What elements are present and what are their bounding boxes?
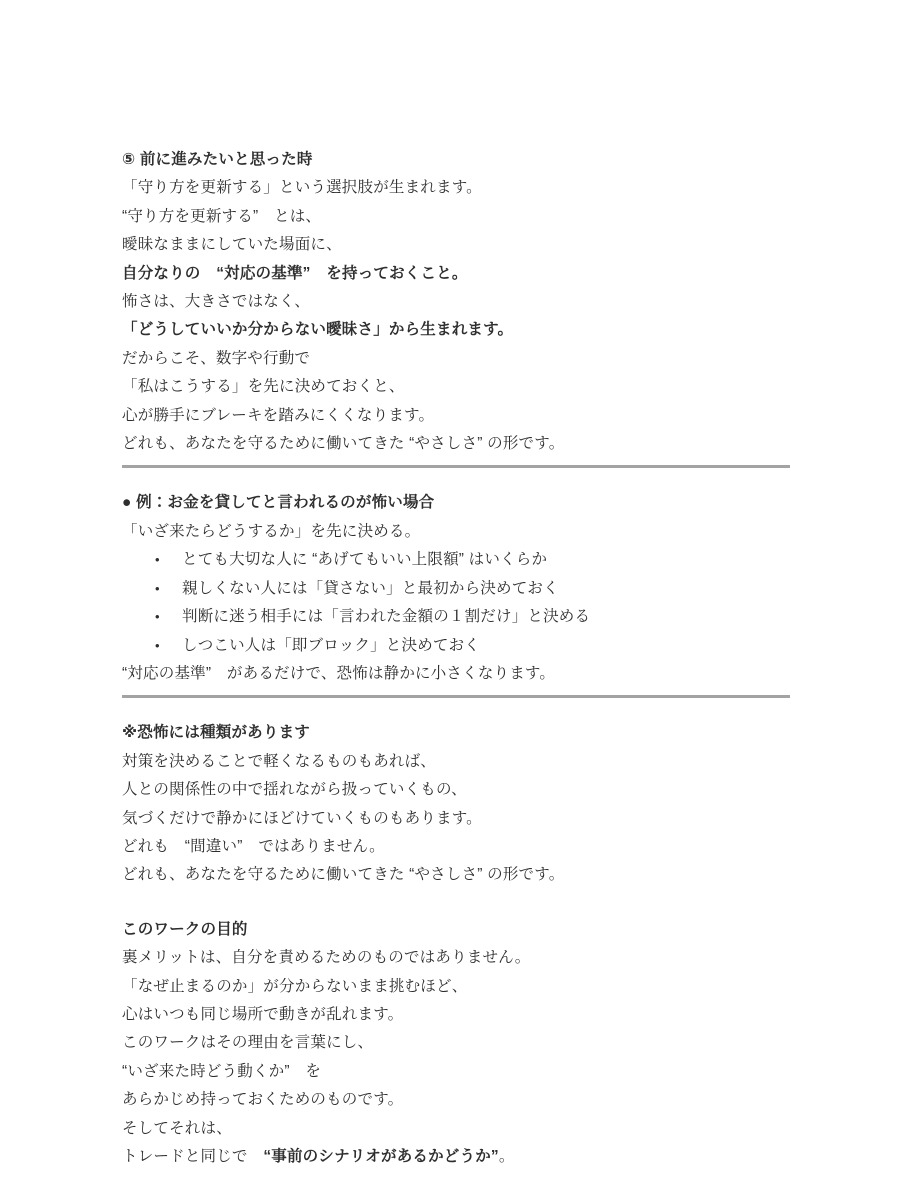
bullet-text: とても大切な人に “あげてもいい上限額” はいくらか (182, 546, 547, 574)
bullet-text: 判断に迷う相手には「言われた金額の１割だけ」と決める (182, 603, 590, 631)
paragraph-line: 怖さは、大きさではなく、 (122, 288, 790, 316)
paragraph-line: どれも、あなたを守るために働いてきた “やさしさ” の形です。 (122, 430, 790, 458)
paragraph-line: このワークはその理由を言葉にし、 (122, 1029, 790, 1057)
paragraph-line: 「なぜ止まるのか」が分からないまま挑むほど、 (122, 973, 790, 1001)
bullet-icon: • (155, 575, 182, 603)
closing-suffix: 。 (499, 1148, 515, 1165)
paragraph-line: “いざ来た時どう動くか” を (122, 1058, 790, 1086)
section-heading-work-purpose: このワークの目的 (122, 916, 790, 944)
closing-emphasis: “事前のシナリオがあるかどうか” (263, 1148, 499, 1165)
closing-line: トレードと同じで “事前のシナリオがあるかどうか”。 (122, 1143, 790, 1171)
paragraph-line: どれも “間違い” ではありません。 (122, 833, 790, 861)
paragraph-line: 曖昧なままにしていた場面に、 (122, 231, 790, 259)
bullet-icon: • (155, 632, 182, 660)
bullet-text: 親しくない人には「貸さない」と最初から決めておく (182, 575, 559, 603)
paragraph-line: 「私はこうする」を先に決めておくと、 (122, 373, 790, 401)
section-heading-moving-forward: ⑤ 前に進みたいと思った時 (122, 146, 790, 174)
paragraph-line: “対応の基準” があるだけで、恐怖は静かに小さくなります。 (122, 660, 790, 688)
paragraph-line-emphasis: 自分なりの “対応の基準” を持っておくこと。 (122, 260, 790, 288)
paragraph-line: 気づくだけで静かにほどけていくものもあります。 (122, 805, 790, 833)
paragraph-line: 対策を決めることで軽くなるものもあれば、 (122, 748, 790, 776)
bullet-icon: • (155, 546, 182, 574)
section-moving-forward: ⑤ 前に進みたいと思った時 「守り方を更新する」という選択肢が生まれます。 “守… (122, 146, 790, 458)
paragraph-line: どれも、あなたを守るために働いてきた “やさしさ” の形です。 (122, 861, 790, 889)
bullet-item: • 親しくない人には「貸さない」と最初から決めておく (122, 575, 790, 603)
section-divider (122, 695, 790, 698)
section-divider (122, 465, 790, 468)
paragraph-line: 人との関係性の中で揺れながら扱っていくもの、 (122, 776, 790, 804)
paragraph-line: あらかじめ持っておくためのものです。 (122, 1086, 790, 1114)
bullet-item: • 判断に迷う相手には「言われた金額の１割だけ」と決める (122, 603, 790, 631)
section-money-example: ● 例：お金を貸してと言われるのが怖い場合 「いざ来たらどうするか」を先に決める… (122, 489, 790, 688)
bullet-item: • しつこい人は「即ブロック」と決めておく (122, 632, 790, 660)
bullet-icon: • (155, 603, 182, 631)
document-page: ⑤ 前に進みたいと思った時 「守り方を更新する」という選択肢が生まれます。 “守… (122, 146, 790, 1171)
paragraph-line: “守り方を更新する” とは、 (122, 203, 790, 231)
paragraph-line-emphasis: 「どうしていいか分からない曖昧さ」から生まれます。 (122, 316, 790, 344)
section-work-purpose: このワークの目的 裏メリットは、自分を責めるためのものではありません。 「なぜ止… (122, 916, 790, 1172)
paragraph-line: 裏メリットは、自分を責めるためのものではありません。 (122, 944, 790, 972)
paragraph-line: 心が勝手にブレーキを踏みにくくなります。 (122, 402, 790, 430)
bullet-text: しつこい人は「即ブロック」と決めておく (182, 632, 480, 660)
section-heading-money-example: ● 例：お金を貸してと言われるのが怖い場合 (122, 489, 790, 517)
bullet-item: • とても大切な人に “あげてもいい上限額” はいくらか (122, 546, 790, 574)
paragraph-line: だからこそ、数字や行動で (122, 345, 790, 373)
paragraph-line: 「いざ来たらどうするか」を先に決める。 (122, 518, 790, 546)
paragraph-line: 「守り方を更新する」という選択肢が生まれます。 (122, 174, 790, 202)
closing-prefix: トレードと同じで (122, 1148, 263, 1165)
paragraph-line: 心はいつも同じ場所で動きが乱れます。 (122, 1001, 790, 1029)
section-fear-types: ※恐怖には種類があります 対策を決めることで軽くなるものもあれば、 人との関係性… (122, 719, 790, 889)
section-heading-fear-types: ※恐怖には種類があります (122, 719, 790, 747)
paragraph-line: そしてそれは、 (122, 1115, 790, 1143)
